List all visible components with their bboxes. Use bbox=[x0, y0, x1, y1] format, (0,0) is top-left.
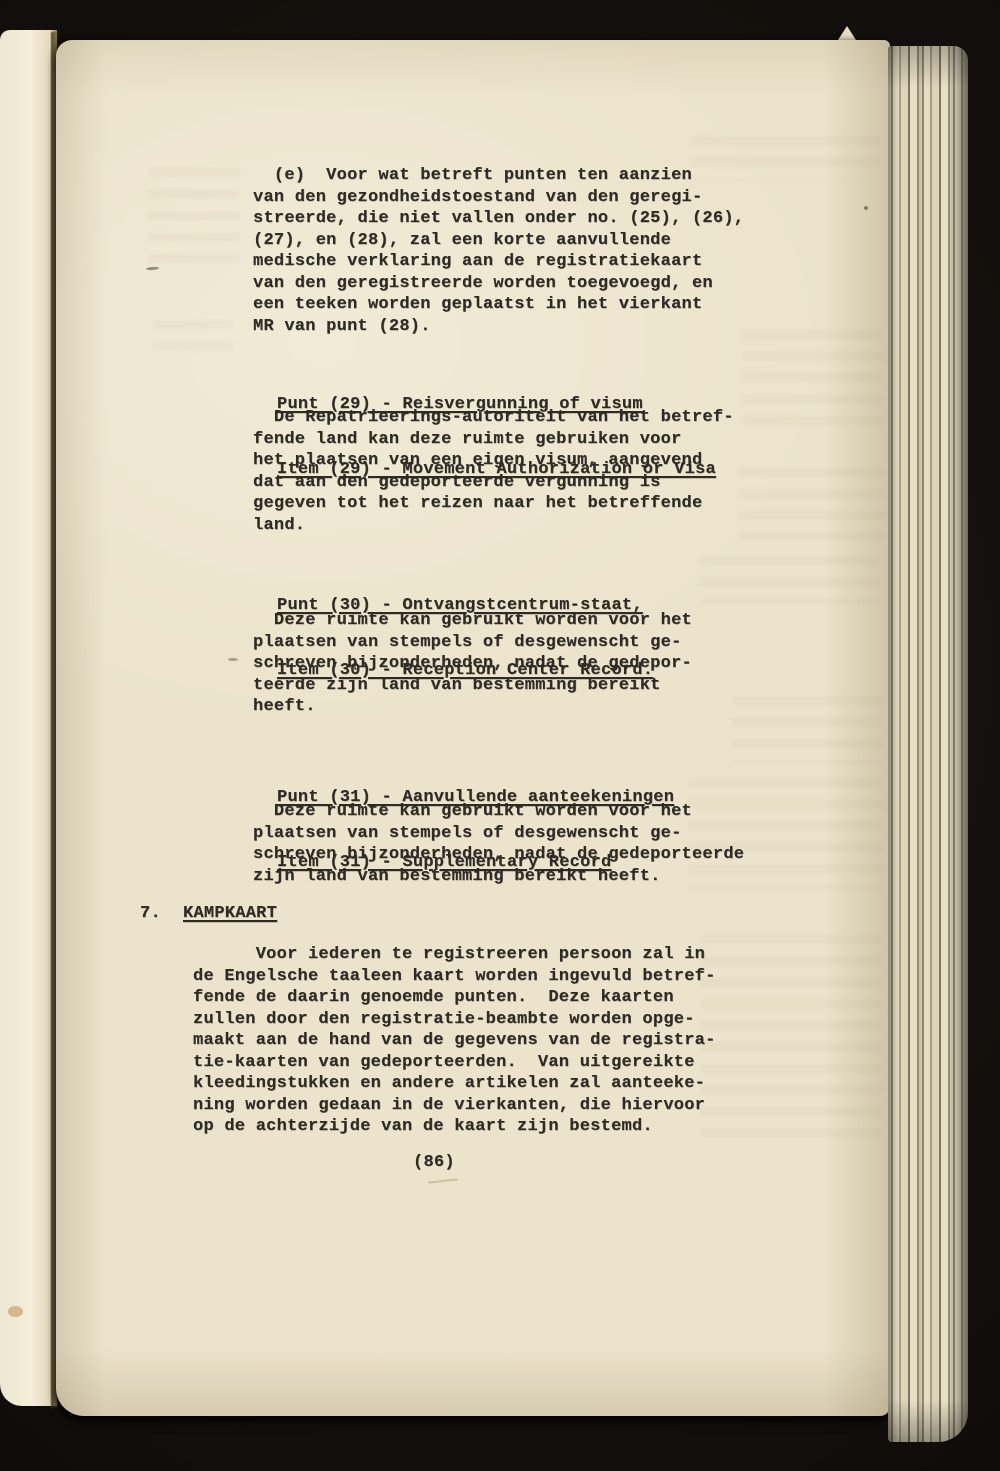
section-7-number: 7. bbox=[140, 903, 183, 925]
text-line: tie-kaarten van gedeporteerden. Van uitg… bbox=[193, 1052, 716, 1074]
item-29-body: De Repatrieerings-autoriteit van het bet… bbox=[253, 407, 734, 536]
text-line: schreven bijzonderheden, nadat de gedepo… bbox=[253, 844, 744, 866]
text-line: gegeven tot het reizen naar het betreffe… bbox=[253, 493, 734, 515]
text-line: ning worden gedaan in de vierkanten, die… bbox=[193, 1095, 716, 1117]
text-line: MR van punt (28). bbox=[253, 316, 744, 338]
paper-speck bbox=[864, 206, 868, 210]
bleed-through-mark bbox=[742, 330, 884, 434]
text-line: fende land kan deze ruimte gebruiken voo… bbox=[253, 429, 734, 451]
text-line: plaatsen van stempels of desgewenscht ge… bbox=[253, 632, 692, 654]
bleed-through-mark bbox=[152, 320, 232, 356]
text-line: Voor iederen te registreeren persoon zal… bbox=[193, 944, 716, 966]
text-line: op de achterzijde van de kaart zijn best… bbox=[193, 1116, 716, 1138]
page-number: (86) bbox=[413, 1152, 455, 1174]
text-line: maakt aan de hand van de gegevens van de… bbox=[193, 1030, 716, 1052]
foxing-spot bbox=[8, 1306, 23, 1317]
text-line: de Engelsche taaleen kaart worden ingevu… bbox=[193, 966, 716, 988]
paragraph-e: (e) Voor wat betreft punten ten aanzienv… bbox=[253, 165, 744, 337]
text-line: kleedingstukken en andere artikelen zal … bbox=[193, 1073, 716, 1095]
text-line: De Repatrieerings-autoriteit van het bet… bbox=[253, 407, 734, 429]
item-30-body: Deze ruimte kan gebruikt worden voor het… bbox=[253, 610, 692, 718]
facing-page-edge bbox=[0, 30, 57, 1406]
text-line: dat aan den gedeporteerde vergunning is bbox=[253, 472, 734, 494]
text-line: land. bbox=[253, 515, 734, 537]
text-line: van den gezondheidstoestand van den gere… bbox=[253, 187, 744, 209]
item-31-body: Deze ruimte kan gebruikt worden voor het… bbox=[253, 801, 744, 887]
bleed-through-mark bbox=[732, 696, 884, 764]
text-line: van den geregistreerde worden toegevoegd… bbox=[253, 273, 744, 295]
text-line: teerde zijn land van bestemming bereikt bbox=[253, 675, 692, 697]
text-line: streerde, die niet vallen onder no. (25)… bbox=[253, 208, 744, 230]
bleed-through-mark bbox=[148, 168, 240, 272]
bleed-through-mark bbox=[700, 935, 882, 1140]
text-line: een teeken worden geplaatst in het vierk… bbox=[253, 294, 744, 316]
page-edge-stack bbox=[888, 46, 968, 1442]
section-7-body: Voor iederen te registreeren persoon zal… bbox=[193, 944, 716, 1138]
bleed-through-mark bbox=[700, 556, 880, 604]
text-line: (e) Voor wat betreft punten ten aanzien bbox=[253, 165, 744, 187]
book-photo-scene: (e) Voor wat betreft punten ten aanzienv… bbox=[0, 0, 1000, 1471]
text-line: medische verklaring aan de registratieka… bbox=[253, 251, 744, 273]
text-line: zullen door den registratie-beambte word… bbox=[193, 1009, 716, 1031]
text-line: schreven bijzonderheden, nadat de gedepo… bbox=[253, 653, 692, 675]
text-line: fende de daarin genoemde punten. Deze ka… bbox=[193, 987, 716, 1009]
text-line: plaatsen van stempels of desgewenscht ge… bbox=[253, 823, 744, 845]
text-line: Deze ruimte kan gebruikt worden voor het bbox=[253, 801, 744, 823]
pencil-dash-mark bbox=[228, 658, 238, 661]
text-line: zijn land van bestemming bereikt heeft. bbox=[253, 866, 744, 888]
text-line: Deze ruimte kan gebruikt worden voor het bbox=[253, 610, 692, 632]
bleed-through-mark bbox=[738, 468, 886, 540]
text-line: heeft. bbox=[253, 696, 692, 718]
section-7-title: KAMPKAART bbox=[183, 903, 277, 925]
section-7-heading: 7. KAMPKAART bbox=[140, 903, 277, 925]
page-corner-tip bbox=[838, 26, 856, 40]
text-line: (27), en (28), zal een korte aanvullende bbox=[253, 230, 744, 252]
text-line: het plaatsen van een eigen visum, aangev… bbox=[253, 450, 734, 472]
